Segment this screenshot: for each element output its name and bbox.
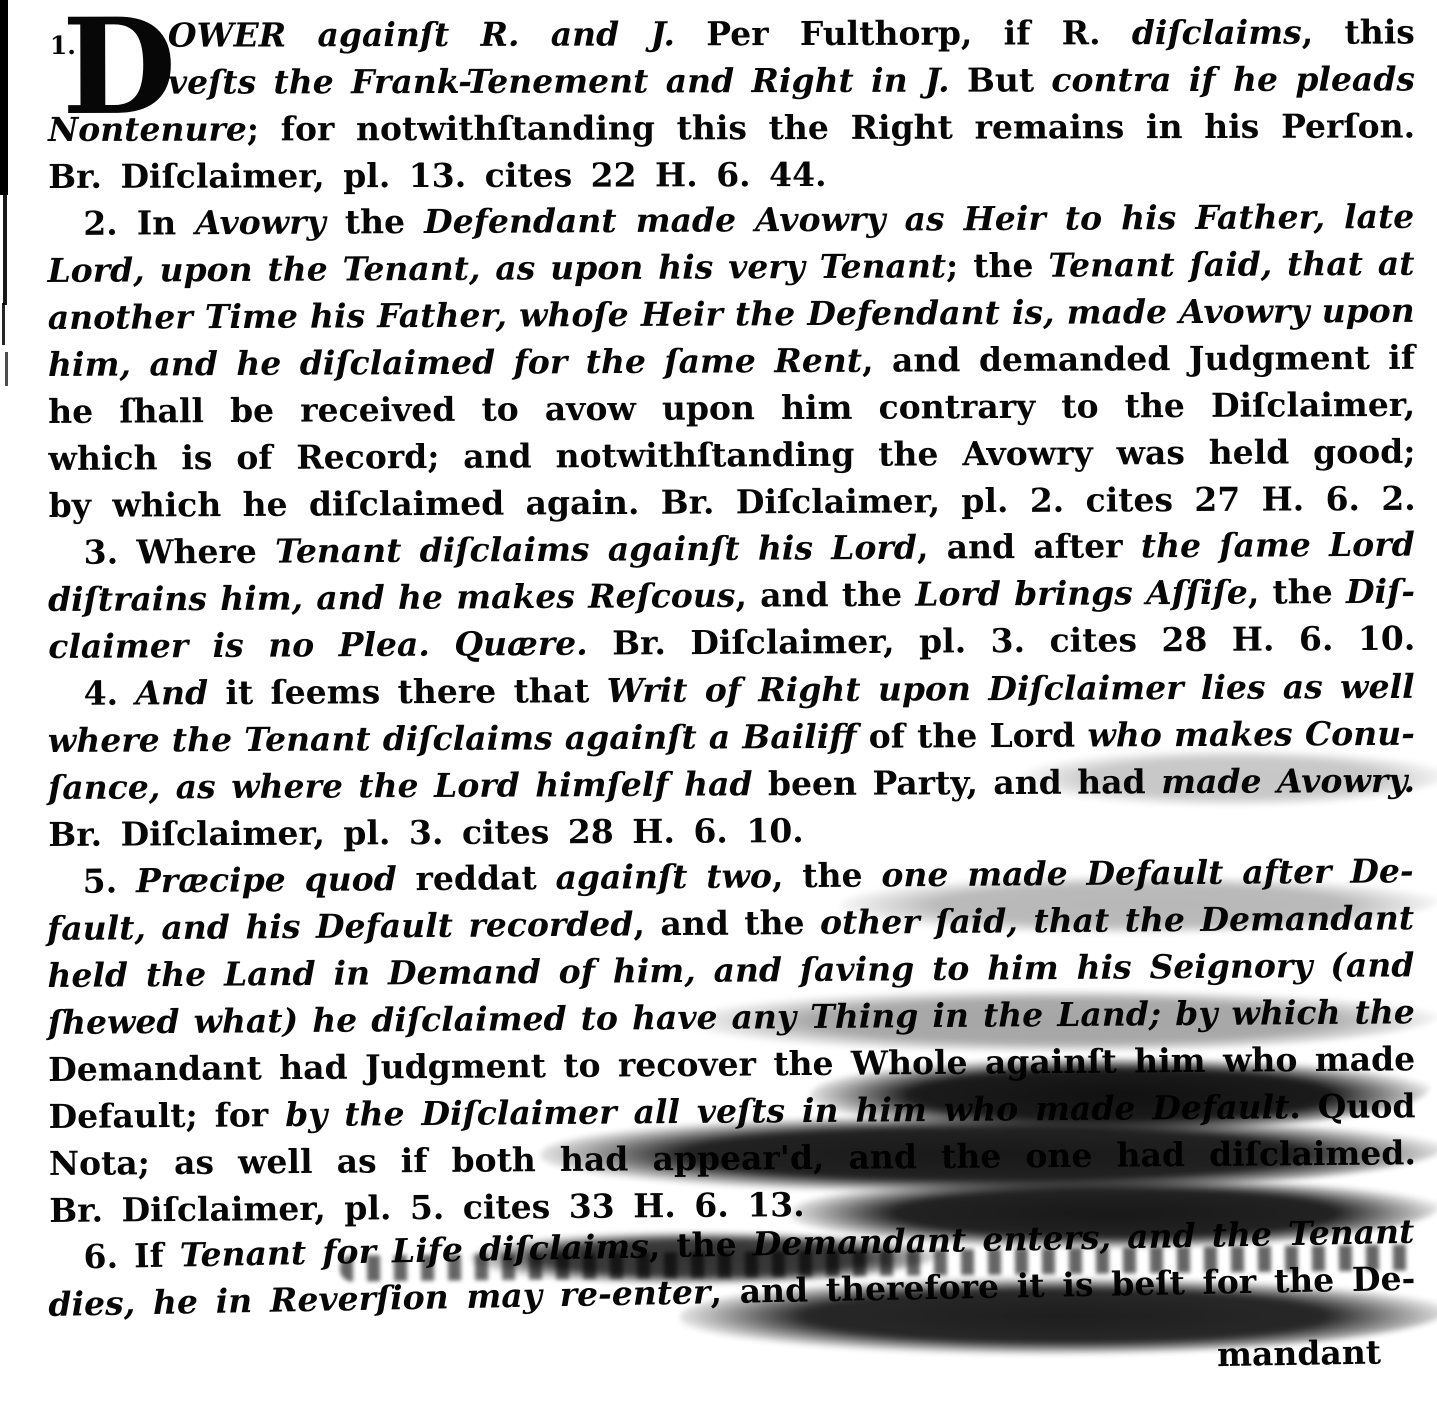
paragraph-3: 3. Where Tenant diſclaims againſt his Lo… (48, 521, 1416, 670)
text-line: Nontenure; for notwithſtanding this the … (48, 102, 1415, 153)
text-line: diſtrains him, and he makes Reſcous, and… (48, 568, 1415, 623)
text-line: OWER againſt R. and J. Per Fulthorp, if … (168, 8, 1415, 58)
text-line: 3. Where Tenant diſclaims againſt his Lo… (48, 521, 1415, 576)
italic-text-segment: one made Default after De- (881, 851, 1414, 894)
italic-text-segment: other ſaid, that the Demandant (820, 898, 1414, 942)
italic-text-segment: Defendant made Avowry as Heir to his Fat… (424, 197, 1414, 241)
text-line: 2. In Avowry the Defendant made Avowry a… (47, 193, 1414, 247)
italic-text-segment: Tenant ſaid, that at (1048, 244, 1414, 285)
roman-text-segment: , the (1248, 572, 1346, 612)
text-block: 1. D OWER againſt R. and J. Per Fulthorp… (48, 12, 1415, 1375)
paragraph-1: 1. D OWER againſt R. and J. Per Fulthorp… (48, 8, 1415, 200)
roman-text-segment: Br. Diſclaimer, pl. 3. cites 28 H. 6. 10… (588, 619, 1416, 663)
roman-text-segment: of the Lord (856, 716, 1087, 756)
roman-text-segment (430, 625, 455, 664)
paragraph-4: 4. And it ſeems there that Writ of Right… (48, 663, 1416, 858)
paragraph-5: 5. Præcipe quod reddat againſt two, the … (47, 847, 1417, 1234)
roman-text-segment: Nota; as well as if both had appear'd, a… (49, 1133, 1416, 1183)
italic-text-segment: OWER againſt R. and J. (168, 14, 675, 54)
italic-text-segment: another Time his Father, whoſe Heir the … (48, 291, 1415, 337)
italic-text-segment: veſts the Frank-Tenement and Right in J. (168, 61, 950, 102)
italic-text-segment: contra if he pleads (1051, 59, 1415, 99)
roman-text-segment: by which he diſclaimed again. Br. Diſcla… (49, 479, 1416, 525)
scan-edge-artifact (2, 303, 5, 345)
roman-text-segment: it ſeems there that (208, 671, 607, 712)
text-line: he ſhall be received to avow upon him co… (48, 381, 1415, 435)
text-line: ſance, as where the Lord himſelf had bee… (48, 757, 1415, 811)
text-line: Lord, upon the Tenant, as upon his very … (47, 240, 1414, 294)
drop-cap-letter: D (62, 2, 177, 134)
italic-text-segment: fault, and his Default recorded (47, 904, 634, 948)
italic-text-segment: diſclaims (1132, 13, 1302, 52)
roman-text-segment: 3. Where (84, 532, 276, 572)
paragraph-2-lines: 2. In Avowry the Defendant made Avowry a… (47, 193, 1416, 529)
roman-text-segment: which is of Record; and notwithſtanding … (48, 432, 1415, 478)
roman-text-segment: , and demanded Judgment if (862, 338, 1415, 380)
italic-text-segment: Quære. (454, 624, 588, 664)
roman-text-segment: , and therefore it is beſt for the De- (710, 1259, 1416, 1312)
italic-text-segment: Writ of Right upon Diſclaimer lies as we… (607, 667, 1415, 710)
roman-text-segment: , the (648, 1224, 753, 1265)
roman-text-segment: But (950, 60, 1052, 99)
paragraph-5-lines: 5. Præcipe quod reddat againſt two, the … (47, 847, 1417, 1234)
paragraph-3-lines: 3. Where Tenant diſclaims againſt his Lo… (48, 521, 1416, 670)
roman-text-segment: Br. Diſclaimer, pl. 13. cites 22 H. 6. 4… (48, 155, 826, 196)
text-line: Br. Diſclaimer, pl. 13. cites 22 H. 6. 4… (48, 149, 1415, 200)
italic-text-segment: who makes Conu- (1087, 714, 1415, 755)
text-line: 4. And it ſeems there that Writ of Right… (48, 663, 1415, 717)
italic-text-segment: Lord brings Aſſiſe (915, 573, 1248, 614)
scan-edge-artifact (0, 0, 8, 195)
italic-text-segment: where the Tenant diſclaims againſt a Bai… (48, 717, 857, 760)
scanned-book-page: 1. D OWER againſt R. and J. Per Fulthorp… (0, 0, 1437, 1408)
text-line: veſts the Frank-Tenement and Right in J.… (168, 55, 1415, 105)
scan-edge-artifact (3, 193, 7, 305)
italic-text-segment: him, and he diſclaimed for the ſame Rent (48, 341, 862, 384)
italic-text-segment: Præcipe quod (136, 859, 397, 900)
roman-text-segment: , and after (917, 526, 1141, 566)
scan-edge-artifact (5, 352, 8, 386)
text-line: which is of Record; and notwithſtanding … (48, 428, 1415, 482)
italic-text-segment: Diſ- (1346, 572, 1415, 611)
italic-text-segment: dies, he in Reverſion may re-enter (48, 1272, 711, 1324)
roman-text-segment: the (326, 202, 425, 242)
paragraph-4-lines: 4. And it ſeems there that Writ of Right… (48, 663, 1416, 858)
roman-text-segment: , and the (633, 903, 820, 943)
text-line: where the Tenant diſclaims againſt a Bai… (48, 710, 1415, 764)
paragraph-2: 2. In Avowry the Defendant made Avowry a… (47, 193, 1416, 529)
roman-text-segment: he ſhall be received to avow upon him co… (48, 385, 1415, 431)
roman-text-segment: 6. If (83, 1235, 180, 1276)
roman-text-segment: ; for notwithſtanding this the Right rem… (247, 106, 1415, 148)
italic-text-segment: ſance, as where the Lord himſelf had (48, 764, 753, 807)
roman-text-segment: . Quod (1289, 1086, 1416, 1126)
paragraph-1-lines: OWER againſt R. and J. Per Fulthorp, if … (48, 8, 1415, 200)
roman-text-segment: been Party, and had (752, 762, 1161, 803)
italic-text-segment: ſhewed what) he diſclaimed to have any T… (48, 992, 1415, 1042)
italic-text-segment: Tenant for Life diſclaims (179, 1226, 649, 1274)
roman-text-segment: reddat (397, 858, 556, 898)
roman-text-segment: 5. (83, 861, 137, 900)
roman-text-segment: 2. In (83, 203, 195, 243)
roman-text-segment: , this (1302, 12, 1415, 51)
italic-text-segment: againſt two (555, 856, 772, 897)
text-line: claimer is no Plea. Quære. Br. Diſclaime… (48, 615, 1415, 670)
text-line: by which he diſclaimed again. Br. Diſcla… (49, 475, 1416, 529)
italic-text-segment: the ſame Lord (1141, 525, 1415, 566)
italic-text-segment: Tenant diſclaims againſt his Lord (275, 528, 917, 571)
italic-text-segment: made Avowry. (1161, 761, 1415, 801)
text-line: him, and he diſclaimed for the ſame Rent… (48, 334, 1415, 388)
italic-text-segment: claimer is no Plea. (48, 625, 430, 666)
italic-text-segment: by the Diſclaimer all veſts in him who m… (285, 1087, 1289, 1134)
italic-text-segment: Avowry (195, 203, 326, 243)
roman-text-segment: 4. (84, 674, 136, 713)
italic-text-segment: held the Land in Demand of him, and ſavi… (47, 945, 1414, 995)
roman-text-segment: Br. Diſclaimer, pl. 3. cites 28 H. 6. 10… (48, 811, 804, 854)
text-line: another Time his Father, whoſe Heir the … (48, 287, 1415, 341)
roman-text-segment: , the (772, 855, 882, 895)
italic-text-segment: diſtrains him, and he makes Reſcous (48, 576, 736, 619)
roman-text-segment: Demandant had Judgment to recover the Wh… (48, 1039, 1415, 1089)
roman-text-segment: ; the (946, 246, 1048, 286)
italic-text-segment: And (135, 673, 208, 712)
roman-text-segment: , and the (735, 575, 915, 615)
roman-text-segment: Default; for (48, 1095, 285, 1136)
italic-text-segment: Lord, upon the Tenant, as upon his very … (47, 246, 946, 290)
roman-text-segment: Per Fulthorp, if R. (675, 13, 1132, 53)
catchword: mandant (48, 1328, 1416, 1396)
